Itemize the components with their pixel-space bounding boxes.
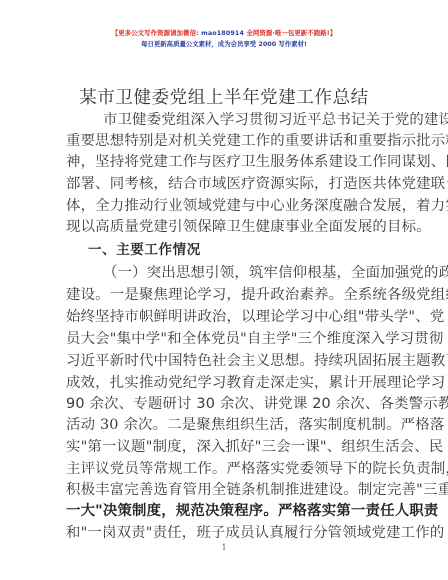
intro-line: 部署、同考核，结合市域医疗资源实际，打造医共体党建联合	[66, 174, 384, 194]
body-line: 成效，扎实推动党纪学习教育走深走实，累计开展理论学习	[66, 373, 384, 393]
body-line: 员大会"集中学"和全体党员"自主学"三个维度深入学习贯彻	[66, 329, 384, 349]
section-heading: 一、主要工作情况	[88, 240, 201, 260]
intro-line: 神，坚持将党建工作与医疗卫生服务体系建设工作同谋划、同	[66, 152, 384, 172]
page-number: 1	[0, 543, 448, 552]
intro-line: 现以高质量党建引领保障卫生健康事业全面发展的目标。	[66, 217, 384, 237]
wechat-id: mao180914	[201, 29, 244, 37]
intro-line: 体，全力推动行业领域党建与中心业务深度融合发展，着力实	[66, 196, 384, 216]
body-line: 始终坚持市帜鲜明讲政治，以理论学习中心组"带头学"、党	[66, 307, 384, 327]
promo-text-prefix: 【更多公文写作资源请加微信:	[112, 29, 201, 37]
promo-banner-line-2: 每日更新高质量公文素材，成为会员享受 2000 写作素材!	[0, 39, 448, 48]
body-line: 90 余次、专题研讨 30 余次、讲党课 20 余次、各类警示教育	[66, 394, 384, 414]
promo-text-suffix: 全网资源·唯一包更新不跑路!】	[244, 29, 336, 37]
intro-line: 重要思想特别是对机关党建工作的重要讲话和重要指示批示精	[66, 131, 384, 151]
body-line: 建设。一是聚焦理论学习，提升政治素养。全系统各级党组织	[66, 285, 384, 305]
body-line: 习近平新时代中国特色社会主义思想。持续巩固拓展主题教育	[66, 351, 384, 371]
body-line: 积极丰富完善选育管用全链条机制推进建设。制定完善"三重	[66, 480, 384, 500]
body-line: 实"第一议题"制度，深入抓好"三会一课"、组织生活会、民	[66, 437, 384, 457]
body-line: 主评议党员等常规工作。严格落实党委领导下的院长负责制，	[66, 459, 384, 479]
body-line: 活动 30 余次。二是聚焦组织生活，落实制度机制。严格落	[66, 415, 384, 435]
promo-banner-line-1: 【更多公文写作资源请加微信: mao180914 全网资源·唯一包更新不跑路!】	[0, 28, 448, 37]
body-line: （一）突出思想引领，筑牢信仰根基，全面加强党的政治	[66, 263, 384, 283]
document-title: 某市卫健委党组上半年党建工作总结	[0, 84, 448, 109]
body-line: 和"一岗双责"责任，班子成员认真履行分管领域党建工作的	[66, 523, 384, 543]
intro-line: 市卫健委党组深入学习贯彻习近平总书记关于党的建设的	[66, 110, 384, 130]
body-line: 一大"决策制度，规范决策程序。严格落实第一责任人职责	[66, 501, 384, 521]
